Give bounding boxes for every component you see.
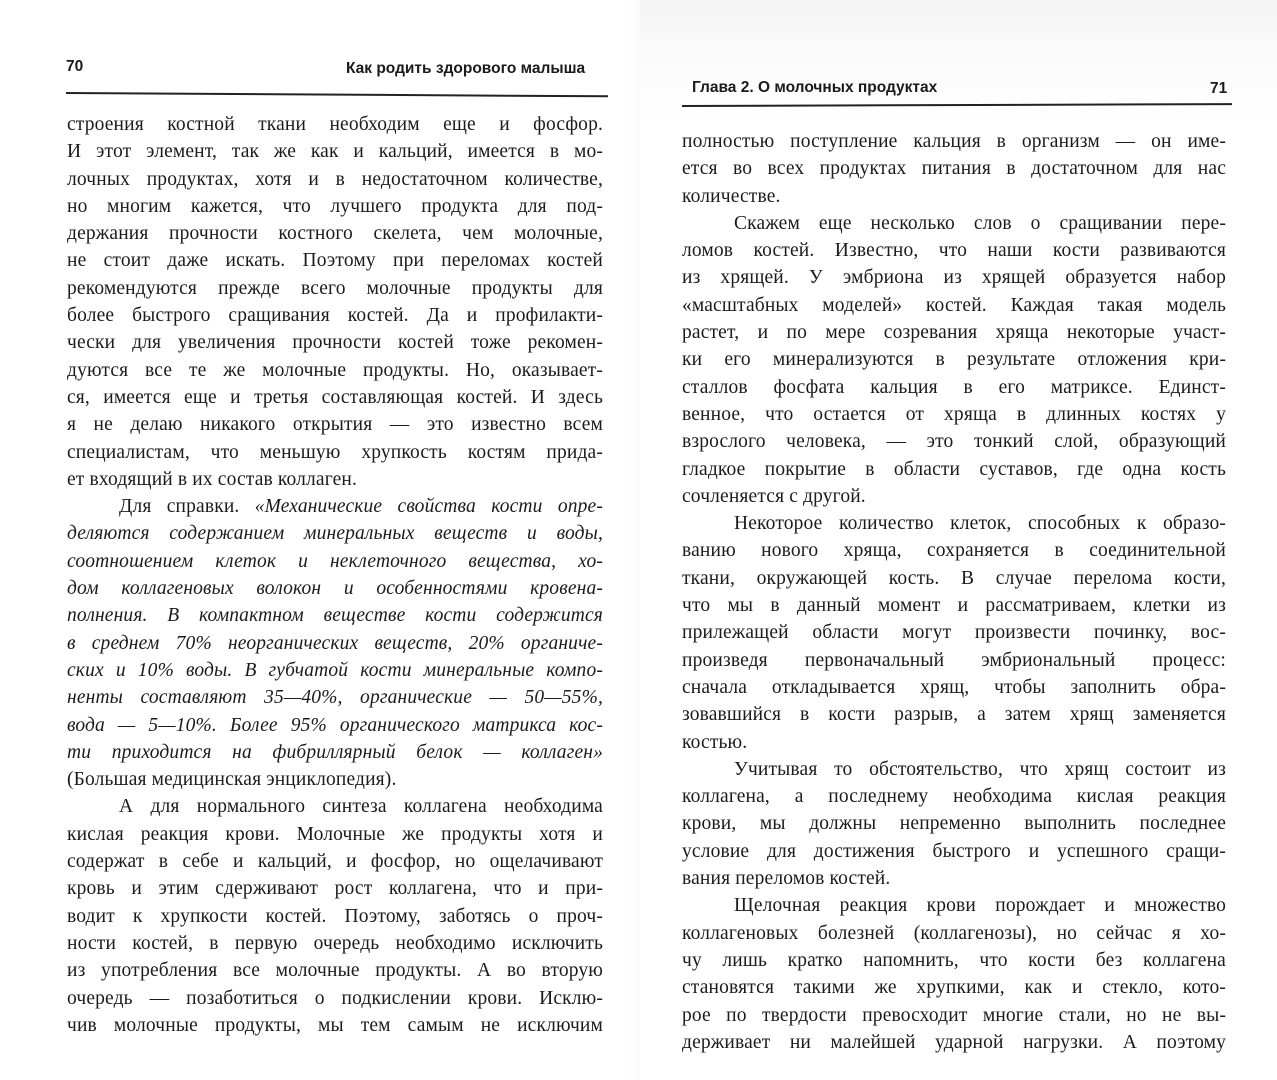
text-line: ненты составляют 35—40%, органические — … [67, 684, 603, 711]
text-line-content: Учитывая то обстоятельство, что хрящ сос… [734, 759, 1226, 780]
text-line-content: зовавшийся в кости разрыв, а затем хрящ … [682, 704, 1226, 725]
text-line: ткани, окружающей кость. В случае перело… [682, 565, 1226, 592]
text-line: сталлов фосфата кальция в его матриксе. … [682, 374, 1226, 401]
text-line-content: ся, имеется еще и третья составляющая ко… [67, 387, 603, 408]
text-line: полнения. В компактном веществе кости со… [67, 602, 603, 629]
text-line: ется во всех продуктах питания в достато… [682, 155, 1226, 182]
text-line-content: А для нормального синтеза коллагена необ… [119, 796, 603, 817]
text-line: Учитывая то обстоятельство, что хрящ сос… [682, 756, 1226, 783]
text-line-content: дом коллагеновых волокон и особенностями… [67, 578, 603, 599]
text-line: И этот элемент, так же как и кальций, им… [67, 138, 603, 165]
text-line-content: И этот элемент, так же как и кальций, им… [67, 141, 603, 162]
text-line: чески для увеличения прочности костей то… [67, 329, 603, 356]
text-line-content: кровь и этим сдерживают рост коллагена, … [67, 878, 603, 899]
text-line: растет, и по мере созревания хряща некот… [682, 319, 1226, 346]
text-line-content: венное, что остается от хряща в длинных … [682, 404, 1226, 425]
text-line: ских и 10% воды. В губчатой кости минера… [67, 657, 603, 684]
text-line-content: что мы в данный момент и рассматриваем, … [682, 595, 1226, 616]
text-line: водит к хрупкости костей. Поэтому, забот… [67, 903, 603, 930]
text-line-content: Некоторое количество клеток, способных к… [734, 513, 1226, 534]
text-line-content: полностью поступление кальция в организм… [682, 131, 1226, 152]
text-line: (Большая медицинская энциклопедия). [67, 766, 603, 793]
text-line: крови, мы должны непременно выполнить по… [682, 810, 1226, 837]
text-line: чу лишь кратко напомнить, что кости без … [682, 947, 1226, 974]
text-line: произведя первоначальный эмбриональный п… [682, 647, 1226, 674]
text-line: ности костей, в первую очередь необходим… [67, 930, 603, 957]
text-line: держания прочности костного скелета, чем… [67, 220, 603, 247]
text-line-content: ткани, окружающей кость. В случае перело… [682, 568, 1226, 589]
text-line-content: в среднем 70% неорганических веществ, 20… [67, 633, 603, 654]
text-line-content: ти приходится на фибриллярный белок — ко… [67, 742, 603, 763]
text-line: дуются все те же молочные продукты. Но, … [67, 357, 603, 384]
text-line-content: специалистам, что меньшую хрупкость кост… [67, 442, 603, 463]
text-line: не стоит даже искать. Поэтому при перело… [67, 247, 603, 274]
running-head-left: Как родить здорового малыша [346, 60, 585, 78]
text-line: держивает ни малейшей ударной нагрузки. … [682, 1029, 1226, 1056]
text-line: венное, что остается от хряща в длинных … [682, 401, 1226, 428]
text-line-content: коллагена, а последнему необходима кисла… [682, 786, 1226, 807]
text-line: специалистам, что меньшую хрупкость кост… [67, 439, 603, 466]
text-line: коллагена, а последнему необходима кисла… [682, 783, 1226, 810]
text-line: из хрящей. У эмбриона из хрящей образует… [682, 264, 1226, 291]
text-line-content: количестве. [682, 186, 781, 207]
text-line-content: чив молочные продукты, мы тем самым не и… [67, 1015, 603, 1036]
text-line: соотношением клеток и неклеточного вещес… [67, 548, 603, 575]
text-line-content: прилежащей области могут произвести почи… [682, 622, 1226, 643]
text-line-content: сочленяется с другой. [682, 486, 866, 507]
running-head-right: Глава 2. О молочных продуктах [692, 79, 937, 97]
text-line: ванию нового хряща, сохраняется в соедин… [682, 537, 1226, 564]
text-line: сочленяется с другой. [682, 483, 1226, 510]
text-line-content: условие для достижения быстрого и успешн… [682, 841, 1226, 862]
text-line: рое по твердости превосходит многие стал… [682, 1002, 1226, 1029]
text-line: что мы в данный момент и рассматриваем, … [682, 592, 1226, 619]
text-line: вода — 5—10%. Более 95% органического ма… [67, 712, 603, 739]
text-line: Скажем еще несколько слов о сращивании п… [682, 210, 1226, 237]
text-line-content: ломов костей. Известно, что наши кости р… [682, 240, 1226, 261]
left-body-text: строения костной ткани необходим еще и ф… [67, 111, 603, 1039]
text-line: деляются содержанием минеральных веществ… [67, 520, 603, 547]
text-line: взрослого человека, — это тонкий слой, о… [682, 428, 1226, 455]
text-line-content: из хрящей. У эмбриона из хрящей образует… [682, 267, 1226, 288]
text-line-content: строения костной ткани необходим еще и ф… [67, 114, 603, 135]
text-line-content: ности костей, в первую очередь необходим… [67, 933, 603, 954]
text-line: зовавшийся в кости разрыв, а затем хрящ … [682, 701, 1226, 728]
text-line: чив молочные продукты, мы тем самым не и… [67, 1012, 603, 1039]
text-line-content: «Механические свойства кости опре- [255, 496, 603, 517]
text-line-content: рекомендуются прежде всего молочные прод… [67, 278, 603, 299]
text-line-content: сталлов фосфата кальция в его матриксе. … [682, 377, 1226, 398]
text-line: кислая реакция крови. Молочные же продук… [67, 821, 603, 848]
header-rule-right [682, 103, 1232, 107]
text-line-content: ванию нового хряща, сохраняется в соедин… [682, 540, 1226, 561]
text-line: гладкое покрытие в области суставов, где… [682, 456, 1226, 483]
text-line: я не делаю никакого открытия — это извес… [67, 411, 603, 438]
text-line: становятся такими же хрупкими, как и сте… [682, 974, 1226, 1001]
text-line-content: (Большая медицинская энциклопедия). [67, 769, 396, 790]
text-line: строения костной ткани необходим еще и ф… [67, 111, 603, 138]
text-line: прилежащей области могут произвести почи… [682, 619, 1226, 646]
text-line-content: чу лишь кратко напомнить, что кости без … [682, 950, 1226, 971]
text-line: в среднем 70% неорганических веществ, 20… [67, 630, 603, 657]
text-line: содержат в себе и кальций, и фосфор, но … [67, 848, 603, 875]
text-line: ся, имеется еще и третья составляющая ко… [67, 384, 603, 411]
text-line-content: ских и 10% воды. В губчатой кости минера… [67, 660, 603, 681]
right-body-text: полностью поступление кальция в организм… [682, 128, 1226, 1056]
text-line: но многим кажется, что лучшего продукта … [67, 193, 603, 220]
text-line-content: ет входящий в их состав коллаген. [67, 469, 357, 490]
text-line-content: «масштабных моделей» костей. Каждая така… [682, 295, 1226, 316]
text-line: А для нормального синтеза коллагена необ… [67, 793, 603, 820]
text-line: коллагеновых болезней (коллагенозы), но … [682, 920, 1226, 947]
text-line: из употребления все молочные продукты. А… [67, 957, 603, 984]
text-line-content: из употребления все молочные продукты. А… [67, 960, 603, 981]
text-line: дом коллагеновых волокон и особенностями… [67, 575, 603, 602]
text-line-content: коллагеновых болезней (коллагенозы), но … [682, 923, 1226, 944]
text-line-content: держания прочности костного скелета, чем… [67, 223, 603, 244]
text-line-content: ненты составляют 35—40%, органические — … [67, 687, 603, 708]
text-line-content: соотношением клеток и неклеточного вещес… [67, 551, 603, 572]
text-line-content: содержат в себе и кальций, и фосфор, но … [67, 851, 603, 872]
text-line: рекомендуются прежде всего молочные прод… [67, 275, 603, 302]
page-number-right: 71 [1210, 80, 1227, 98]
text-line: сначала откладывается хрящ, чтобы заполн… [682, 674, 1226, 701]
page-number-left: 70 [66, 58, 83, 76]
text-line-content: деляются содержанием минеральных веществ… [67, 523, 603, 544]
text-line-content: сначала откладывается хрящ, чтобы заполн… [682, 677, 1226, 698]
text-line-content: лочных продуктах, хотя и в недостаточном… [67, 169, 603, 190]
text-line-content: чески для увеличения прочности костей то… [67, 332, 603, 353]
text-line-content: взрослого человека, — это тонкий слой, о… [682, 431, 1226, 452]
text-line-content: крови, мы должны непременно выполнить по… [682, 813, 1226, 834]
text-line: ти приходится на фибриллярный белок — ко… [67, 739, 603, 766]
text-line: очередь — позаботиться о подкислении кро… [67, 985, 603, 1012]
text-line: Некоторое количество клеток, способных к… [682, 510, 1226, 537]
text-line-content: растет, и по мере созревания хряща некот… [682, 322, 1226, 343]
text-line-prefix: Для справки. [119, 496, 255, 517]
text-line-content: более быстрого сращивания костей. Да и п… [67, 305, 603, 326]
header-rule-left [66, 92, 608, 97]
text-line: «масштабных моделей» костей. Каждая така… [682, 292, 1226, 319]
text-line-content: кислая реакция крови. Молочные же продук… [67, 824, 603, 845]
text-line-content: ется во всех продуктах питания в достато… [682, 158, 1226, 179]
text-line-content: я не делаю никакого открытия — это извес… [67, 414, 603, 435]
text-line-content: Щелочная реакция крови порождает и множе… [734, 895, 1226, 916]
text-line-content: Скажем еще несколько слов о сращивании п… [734, 213, 1226, 234]
text-line-content: дуются все те же молочные продукты. Но, … [67, 360, 603, 381]
text-line-content: гладкое покрытие в области суставов, где… [682, 459, 1226, 480]
text-line: более быстрого сращивания костей. Да и п… [67, 302, 603, 329]
text-line-content: произведя первоначальный эмбриональный п… [682, 650, 1226, 671]
text-line-content: вания переломов костей. [682, 868, 890, 889]
text-line: ломов костей. Известно, что наши кости р… [682, 237, 1226, 264]
text-line: лочных продуктах, хотя и в недостаточном… [67, 166, 603, 193]
text-line: Для справки. «Механические свойства кост… [67, 493, 603, 520]
right-page: Глава 2. О молочных продуктах 71 полност… [640, 0, 1277, 1080]
text-line-content: полнения. В компактном веществе кости со… [67, 605, 603, 626]
text-line-content: водит к хрупкости костей. Поэтому, забот… [67, 906, 603, 927]
text-line-content: костью. [682, 732, 747, 753]
text-line: количестве. [682, 183, 1226, 210]
text-line-content: становятся такими же хрупкими, как и сте… [682, 977, 1226, 998]
text-line: Щелочная реакция крови порождает и множе… [682, 892, 1226, 919]
book-spread: 70 Как родить здорового малыша строения … [0, 0, 1277, 1080]
text-line-content: но многим кажется, что лучшего продукта … [67, 196, 603, 217]
text-line-content: ки его минерализуются в результате отлож… [682, 349, 1226, 370]
text-line: ет входящий в их состав коллаген. [67, 466, 603, 493]
text-line: ки его минерализуются в результате отлож… [682, 346, 1226, 373]
text-line: кровь и этим сдерживают рост коллагена, … [67, 875, 603, 902]
text-line: условие для достижения быстрого и успешн… [682, 838, 1226, 865]
text-line: вания переломов костей. [682, 865, 1226, 892]
text-line-content: очередь — позаботиться о подкислении кро… [67, 988, 603, 1009]
text-line-content: рое по твердости превосходит многие стал… [682, 1005, 1226, 1026]
text-line-content: держивает ни малейшей ударной нагрузки. … [682, 1032, 1226, 1053]
text-line: полностью поступление кальция в организм… [682, 128, 1226, 155]
text-line: костью. [682, 729, 1226, 756]
text-line-content: вода — 5—10%. Более 95% органического ма… [67, 715, 603, 736]
left-page: 70 Как родить здорового малыша строения … [0, 0, 640, 1080]
text-line-content: не стоит даже искать. Поэтому при перело… [67, 250, 603, 271]
